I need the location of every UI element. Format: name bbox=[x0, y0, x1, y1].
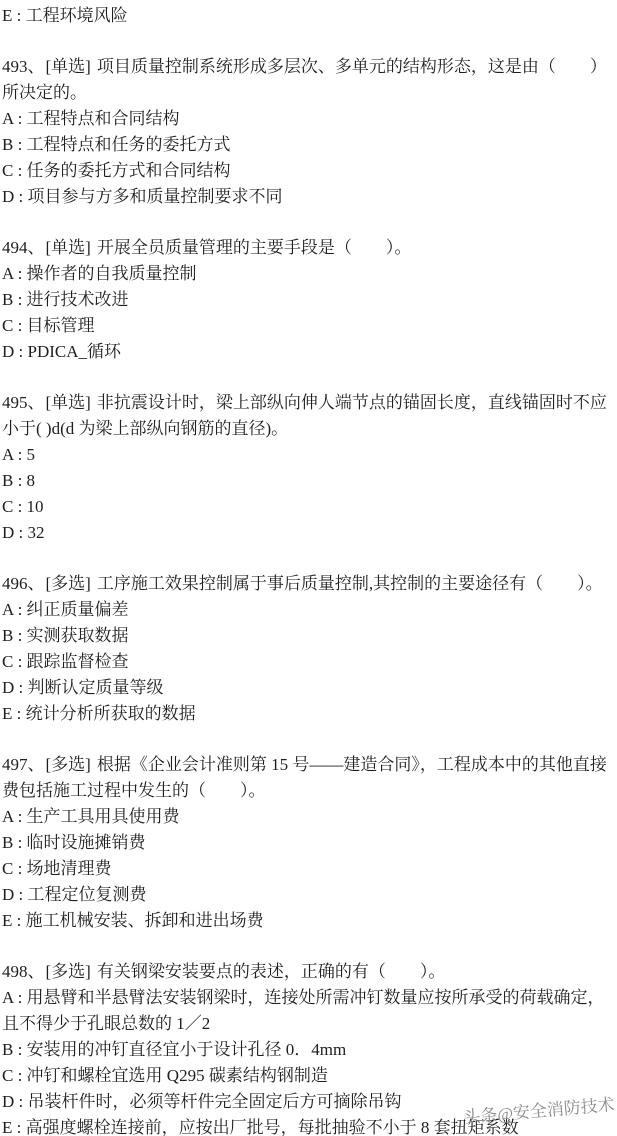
option-line: D : 项目参与方多和质量控制要求不同 bbox=[2, 184, 615, 210]
question-number: 496、 bbox=[2, 574, 45, 593]
option-line: A : 操作者的自我质量控制 bbox=[2, 261, 615, 287]
option-line: C : 跟踪监督检查 bbox=[2, 649, 615, 675]
option-line: B : 8 bbox=[2, 468, 615, 494]
option-line: E : 高强度螺栓连接前，应按出厂批号，每批抽验不小于 8 套扭矩系数 bbox=[2, 1115, 615, 1136]
option-line: A : 纠正质量偏差 bbox=[2, 597, 615, 623]
option-line: A : 用悬臂和半悬臂法安装钢梁时，连接处所需冲钉数量应按所承受的荷载确定，且不… bbox=[2, 985, 615, 1037]
question-stem: 494、[单选]开展全员质量管理的主要手段是（ ）。 bbox=[2, 235, 615, 261]
question-block: 497、[多选]根据《企业会计准则第 15 号——建造合同》，工程成本中的其他直… bbox=[2, 752, 615, 934]
option-line: C : 目标管理 bbox=[2, 313, 615, 339]
question-number: 493、 bbox=[2, 57, 45, 76]
question-stem: 495、[单选]非抗震设计时，梁上部纵向伸人端节点的锚固长度，直线锚固时不应小于… bbox=[2, 390, 615, 442]
question-list: 493、[单选]项目质量控制系统形成多层次、多单元的结构形态，这是由（ ）所决定… bbox=[2, 54, 615, 1136]
question-number: 498、 bbox=[2, 962, 45, 981]
question-stem-text: 非抗震设计时，梁上部纵向伸人端节点的锚固长度，直线锚固时不应小于( )d(d 为… bbox=[2, 393, 607, 438]
option-line: C : 冲钉和螺栓宜选用 Q295 碳素结构钢制造 bbox=[2, 1063, 615, 1089]
question-stem-text: 有关钢梁安装要点的表述，正确的有（ ）。 bbox=[97, 962, 446, 981]
question-type: [多选] bbox=[46, 755, 91, 774]
question-stem-text: 根据《企业会计准则第 15 号——建造合同》，工程成本中的其他直接费包括施工过程… bbox=[2, 755, 607, 800]
option-line: B : 工程特点和任务的委托方式 bbox=[2, 132, 615, 158]
exam-document-page: E : 工程环境风险 493、[单选]项目质量控制系统形成多层次、多单元的结构形… bbox=[0, 0, 617, 1136]
question-stem: 498、[多选]有关钢梁安装要点的表述，正确的有（ ）。 bbox=[2, 959, 615, 985]
question-stem: 496、[多选]工序施工效果控制属于事后质量控制,其控制的主要途径有（ ）。 bbox=[2, 571, 615, 597]
orphan-option-line: E : 工程环境风险 bbox=[2, 3, 615, 29]
option-line: E : 统计分析所获取的数据 bbox=[2, 701, 615, 727]
question-block: 493、[单选]项目质量控制系统形成多层次、多单元的结构形态，这是由（ ）所决定… bbox=[2, 54, 615, 210]
question-block: 498、[多选]有关钢梁安装要点的表述，正确的有（ ）。A : 用悬臂和半悬臂法… bbox=[2, 959, 615, 1136]
option-line: B : 安装用的冲钉直径宜小于设计孔径 0．4mm bbox=[2, 1037, 615, 1063]
question-type: [单选] bbox=[46, 57, 91, 76]
option-line: C : 场地清理费 bbox=[2, 856, 615, 882]
question-stem-text: 开展全员质量管理的主要手段是（ ）。 bbox=[97, 238, 412, 257]
question-type: [单选] bbox=[46, 393, 91, 412]
question-block: 494、[单选]开展全员质量管理的主要手段是（ ）。A : 操作者的自我质量控制… bbox=[2, 235, 615, 365]
question-stem-text: 工序施工效果控制属于事后质量控制,其控制的主要途径有（ ）。 bbox=[97, 574, 603, 593]
question-stem: 497、[多选]根据《企业会计准则第 15 号——建造合同》，工程成本中的其他直… bbox=[2, 752, 615, 804]
question-block: 496、[多选]工序施工效果控制属于事后质量控制,其控制的主要途径有（ ）。A … bbox=[2, 571, 615, 727]
option-line: B : 进行技术改进 bbox=[2, 287, 615, 313]
question-number: 497、 bbox=[2, 755, 45, 774]
option-line: A : 生产工具用具使用费 bbox=[2, 804, 615, 830]
option-line: B : 实测获取数据 bbox=[2, 623, 615, 649]
option-line: D : 32 bbox=[2, 520, 615, 546]
question-type: [单选] bbox=[46, 238, 91, 257]
option-line: C : 任务的委托方式和合同结构 bbox=[2, 158, 615, 184]
question-stem: 493、[单选]项目质量控制系统形成多层次、多单元的结构形态，这是由（ ）所决定… bbox=[2, 54, 615, 106]
question-type: [多选] bbox=[46, 962, 91, 981]
question-type: [多选] bbox=[46, 574, 91, 593]
option-line: A : 5 bbox=[2, 442, 615, 468]
option-line: E : 施工机械安装、拆卸和进出场费 bbox=[2, 908, 615, 934]
option-line: D : 工程定位复测费 bbox=[2, 882, 615, 908]
option-line: D : 判断认定质量等级 bbox=[2, 675, 615, 701]
option-line: A : 工程特点和合同结构 bbox=[2, 106, 615, 132]
question-stem-text: 项目质量控制系统形成多层次、多单元的结构形态，这是由（ ）所决定的。 bbox=[2, 57, 607, 102]
option-line: C : 10 bbox=[2, 494, 615, 520]
question-number: 495、 bbox=[2, 393, 45, 412]
option-line: D : PDICA_循环 bbox=[2, 339, 615, 365]
option-line: B : 临时设施摊销费 bbox=[2, 830, 615, 856]
question-number: 494、 bbox=[2, 238, 45, 257]
option-line: D : 吊装杆件时，必须等杆件完全固定后方可摘除吊钩 bbox=[2, 1089, 615, 1115]
question-block: 495、[单选]非抗震设计时，梁上部纵向伸人端节点的锚固长度，直线锚固时不应小于… bbox=[2, 390, 615, 546]
